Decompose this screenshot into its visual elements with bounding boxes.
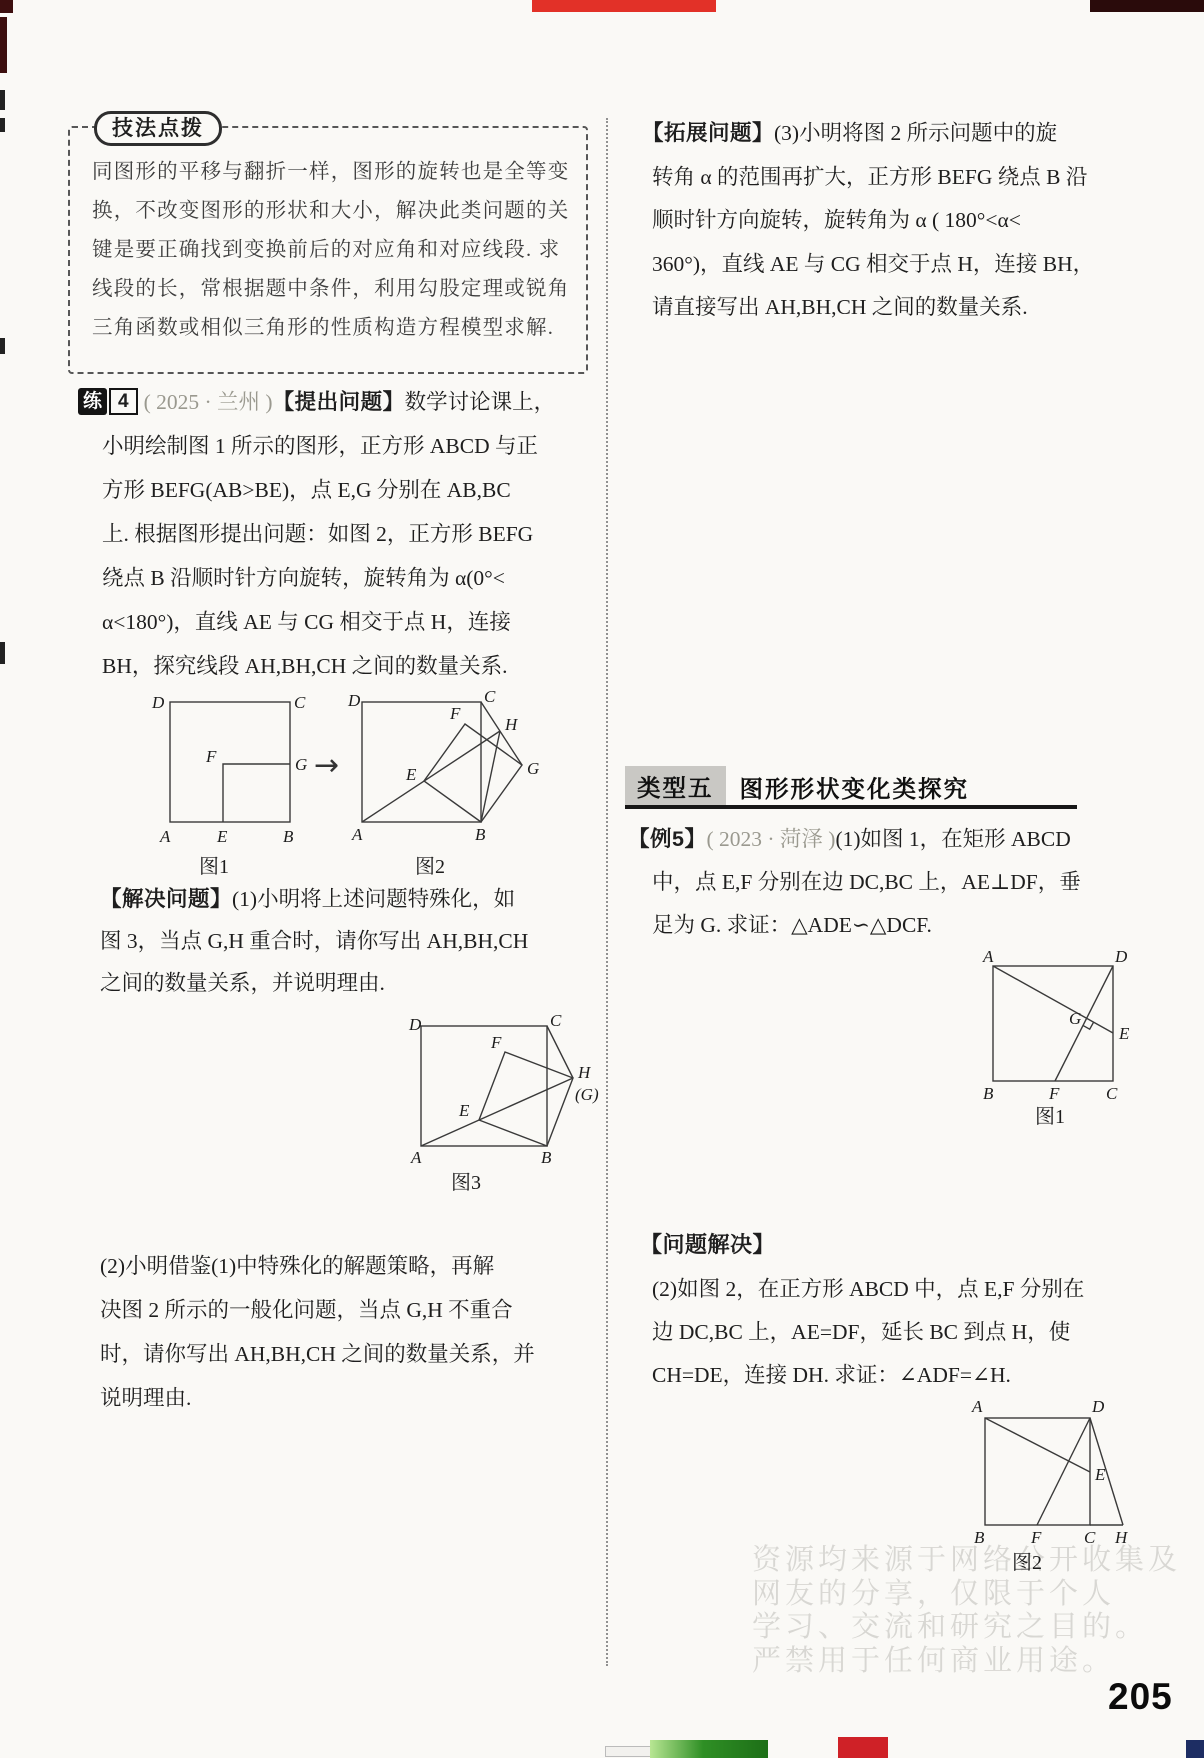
figure-1-square-before-rotation: D C F G A E B	[140, 688, 310, 848]
solve-line: 之间的数量关系，并说明理由.	[100, 962, 528, 1004]
edge-tick	[0, 90, 5, 110]
example5-figure-2-square-extended: A D E B F C H	[945, 1390, 1145, 1555]
practice-line: α<180°)，直线 AE 与 CG 相交于点 H，连接	[78, 600, 555, 644]
type5-header: 类型五 图形形状变化类探究	[625, 766, 969, 808]
e5fig2-label-C: C	[1084, 1528, 1096, 1547]
fig3-label-C: C	[550, 1011, 562, 1030]
tip-line: 同图形的平移与翻折一样，图形的旋转也是全等变	[92, 153, 574, 192]
corner-mark	[0, 0, 13, 13]
e5fig1-label-A: A	[982, 947, 994, 966]
solve-text: (1)小明将上述问题特殊化，如	[232, 887, 515, 911]
part2-paragraph: (2)小明借鉴(1)中特殊化的解题策略，再解 决图 2 所示的一般化问题，当点 …	[100, 1244, 535, 1420]
tip-line: 键是要正确找到变换前后的对应角和对应线段. 求	[92, 231, 574, 270]
fig1-label-C: C	[294, 693, 306, 712]
practice-line: 方形 BEFG(AB>BE)，点 E,G 分别在 AB,BC	[78, 468, 555, 512]
fig1-label-G: G	[295, 755, 307, 774]
problem-solving-heading: 【问题解决】	[640, 1228, 775, 1259]
fig3-label-A: A	[410, 1148, 422, 1167]
expand-text: (3)小明将图 2 所示问题中的旋	[774, 121, 1057, 145]
example5-line: 【例5】( 2023 · 菏泽 )(1)如图 1，在矩形 ABCD	[628, 818, 1081, 861]
figure-2-caption: 图2	[388, 850, 472, 879]
tip-box: 技法点拨 同图形的平移与翻折一样，图形的旋转也是全等变 换，不改变图形的形状和大…	[68, 126, 588, 374]
tip-box-title: 技法点拨	[94, 111, 222, 146]
watermark: 资源均来源于网络公开收集及 网友的分享，仅限于个人 学习、交流和研究之目的。 严…	[752, 1544, 1181, 1678]
practice-line: 绕点 B 沿顺时针方向旋转，旋转角为 α(0°<	[78, 556, 555, 600]
e5fig1-label-E: E	[1118, 1024, 1130, 1043]
part2-line: (2)小明借鉴(1)中特殊化的解题策略，再解	[100, 1244, 535, 1288]
figure-1-caption: 图1	[172, 850, 256, 879]
e5fig1-label-C: C	[1106, 1084, 1118, 1103]
practice-line: 小明绘制图 1 所示的图形，正方形 ABCD 与正	[78, 424, 555, 468]
watermark-line: 严禁用于任何商业用途。	[752, 1645, 1181, 1679]
section-head: 【解决问题】	[100, 887, 232, 911]
e5fig2-label-B: B	[974, 1528, 985, 1547]
watermark-line: 学习、交流和研究之目的。	[752, 1611, 1181, 1645]
solve-line: 图 3，当点 G,H 重合时，请你写出 AH,BH,CH	[100, 920, 528, 962]
bottom-navy-bar	[1186, 1740, 1204, 1758]
example5-text: (1)如图 1，在矩形 ABCD	[835, 827, 1070, 851]
type5-title: 图形形状变化类探究	[740, 770, 970, 804]
fig1-label-D: D	[151, 693, 165, 712]
watermark-line: 网友的分享，仅限于个人	[752, 1578, 1181, 1612]
example5-line: 中，点 E,F 分别在边 DC,BC 上，AE⊥DF，垂	[628, 861, 1081, 904]
example5-section: 【例5】( 2023 · 菏泽 )(1)如图 1，在矩形 ABCD 中，点 E,…	[628, 818, 1081, 947]
expand-line: 【拓展问题】(3)小明将图 2 所示问题中的旋	[628, 112, 1094, 156]
expand-line: 360°)，直线 AE 与 CG 相交于点 H，连接 BH，	[628, 243, 1094, 287]
fig3-label-H: H	[577, 1063, 592, 1082]
section-head: 【提出问题】	[273, 390, 405, 414]
fig2-label-G: G	[527, 759, 539, 778]
practice-problem: 练4( 2025 · 兰州 )【提出问题】数学讨论课上， 小明绘制图 1 所示的…	[78, 380, 555, 688]
fig2-label-C: C	[484, 687, 496, 706]
part2-line: 决图 2 所示的一般化问题，当点 G,H 不重合	[100, 1288, 535, 1332]
fig1-label-B: B	[283, 827, 294, 846]
edge-tick	[0, 118, 5, 132]
e5fig1-label-B: B	[983, 1084, 994, 1103]
practice-line: 上. 根据图形提出问题：如图 2，正方形 BEFG	[78, 512, 555, 556]
fig3-label-E: E	[458, 1101, 470, 1120]
e5fig1-label-G: G	[1069, 1009, 1081, 1028]
type5-underline	[625, 805, 1077, 809]
edge-tick	[0, 338, 5, 354]
fig3-label-F: F	[490, 1033, 502, 1052]
figure-3-special-case: D C F E H (G) A B	[405, 1016, 595, 1166]
part2-line: 时，请你写出 AH,BH,CH 之间的数量关系，并	[100, 1332, 535, 1376]
e5fig2-label-A: A	[971, 1397, 983, 1416]
fig3-label-D: D	[408, 1015, 422, 1034]
e5fig2-label-F: F	[1030, 1528, 1042, 1547]
practice-number: 4	[109, 388, 138, 415]
problem-solving-paragraph: (2)如图 2，在正方形 ABCD 中，点 E,F 分别在 边 DC,BC 上，…	[628, 1268, 1084, 1397]
practice-badge: 练	[78, 388, 107, 415]
tip-line: 三角函数或相似三角形的性质构造方程模型求解.	[92, 309, 574, 348]
practice-text: 数学讨论课上，	[405, 390, 556, 414]
fig1-label-F: F	[205, 747, 217, 766]
example5-figure-1-rectangle: A D G E B F C	[975, 946, 1140, 1106]
fig3-label-G-paren: (G)	[575, 1085, 599, 1104]
type5-tag: 类型五	[625, 766, 726, 808]
edge-mark	[0, 17, 7, 73]
tip-line: 换，不改变图形的形状和大小，解决此类问题的关	[92, 192, 574, 231]
e5fig2-label-E: E	[1094, 1465, 1106, 1484]
expand-line: 顺时针方向旋转，旋转角为 α ( 180°<α<	[628, 199, 1094, 243]
top-red-bar	[532, 0, 716, 12]
section-head: 【问题解决】	[640, 1232, 775, 1257]
fig2-label-B: B	[475, 825, 486, 844]
example5-line: 足为 G. 求证：△ADE∽△DCF.	[628, 904, 1081, 947]
solve-line: 【解决问题】(1)小明将上述问题特殊化，如	[100, 878, 528, 920]
figure-3-caption: 图3	[424, 1166, 508, 1195]
fig2-label-D: D	[347, 691, 361, 710]
tip-line: 线段的长，常根据题中条件，利用勾股定理或锐角	[92, 270, 574, 309]
rotation-arrow: →	[314, 748, 339, 783]
ps-line: (2)如图 2，在正方形 ABCD 中，点 E,F 分别在	[628, 1268, 1084, 1311]
tip-box-body: 同图形的平移与翻折一样，图形的旋转也是全等变 换，不改变图形的形状和大小，解决此…	[70, 128, 586, 348]
e5fig2-label-D: D	[1091, 1397, 1105, 1416]
column-divider	[606, 118, 608, 1666]
expand-section: 【拓展问题】(3)小明将图 2 所示问题中的旋 转角 α 的范围再扩大，正方形 …	[628, 112, 1094, 330]
solve-section: 【解决问题】(1)小明将上述问题特殊化，如 图 3，当点 G,H 重合时，请你写…	[100, 878, 528, 1004]
expand-line: 转角 α 的范围再扩大，正方形 BEFG 绕点 B 沿	[628, 156, 1094, 200]
practice-line: BH，探究线段 AH,BH,CH 之间的数量关系.	[78, 644, 555, 688]
problem-source: ( 2025 · 兰州 )	[144, 390, 273, 414]
fig2-label-F: F	[449, 704, 461, 723]
fig3-label-B: B	[541, 1148, 552, 1167]
book-page: 技法点拨 同图形的平移与翻折一样，图形的旋转也是全等变 换，不改变图形的形状和大…	[0, 0, 1204, 1758]
problem-source: ( 2023 · 菏泽 )	[706, 827, 835, 851]
fig2-label-A: A	[351, 825, 363, 844]
section-head: 【拓展问题】	[642, 121, 774, 145]
bottom-gray-box	[605, 1746, 651, 1757]
fig1-label-A: A	[159, 827, 171, 846]
example5-figure-2-caption: 图2	[985, 1546, 1069, 1575]
e5fig1-label-D: D	[1114, 947, 1128, 966]
ps-line: 边 DC,BC 上，AE=DF，延长 BC 到点 H，使	[628, 1311, 1084, 1354]
section-head: 【例5】	[628, 827, 706, 851]
example5-figure-1-caption: 图1	[1008, 1100, 1092, 1129]
figure-2-square-after-rotation: D C F H E G A B	[348, 688, 548, 848]
practice-line: 练4( 2025 · 兰州 )【提出问题】数学讨论课上，	[78, 380, 555, 424]
fig1-label-E: E	[216, 827, 228, 846]
top-dark-bar	[1090, 0, 1204, 12]
part2-line: 说明理由.	[100, 1376, 535, 1420]
fig2-label-H: H	[504, 715, 519, 734]
fig2-label-E: E	[405, 765, 417, 784]
page-number: 205	[1108, 1676, 1173, 1718]
expand-line: 请直接写出 AH,BH,CH 之间的数量关系.	[628, 286, 1094, 330]
bottom-green-bar	[650, 1740, 768, 1758]
e5fig2-label-H: H	[1114, 1528, 1129, 1547]
edge-tick	[0, 642, 5, 664]
bottom-red-bar	[838, 1737, 888, 1758]
